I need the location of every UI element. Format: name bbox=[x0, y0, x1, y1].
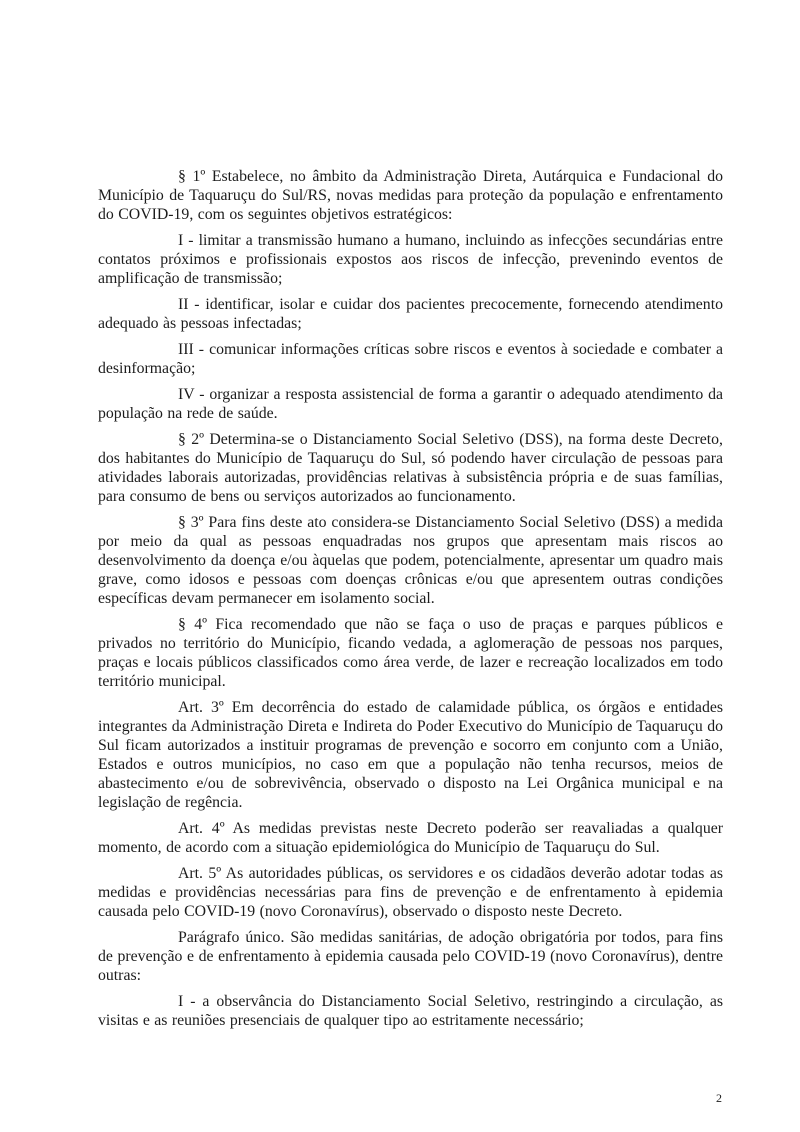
paragraph-item-i-sanitary: I - a observância do Distanciamento Soci… bbox=[98, 992, 723, 1030]
document-body: § 1º Estabelece, no âmbito da Administra… bbox=[98, 167, 723, 1037]
paragraph-sec-4: § 4º Fica recomendado que não se faça o … bbox=[98, 615, 723, 691]
paragraph-item-iii: III - comunicar informações críticas sob… bbox=[98, 340, 723, 378]
paragraph-sec-1: § 1º Estabelece, no âmbito da Administra… bbox=[98, 167, 723, 224]
paragraph-art-4: Art. 4º As medidas previstas neste Decre… bbox=[98, 819, 723, 857]
page-number: 2 bbox=[716, 1091, 722, 1105]
paragraph-sec-3: § 3º Para fins deste ato considera-se Di… bbox=[98, 513, 723, 608]
paragraph-item-i: I - limitar a transmissão humano a human… bbox=[98, 231, 723, 288]
paragraph-item-iv: IV - organizar a resposta assistencial d… bbox=[98, 385, 723, 423]
paragraph-art-3: Art. 3º Em decorrência do estado de cala… bbox=[98, 698, 723, 812]
paragraph-item-ii: II - identificar, isolar e cuidar dos pa… bbox=[98, 295, 723, 333]
paragraph-sole-paragraph: Parágrafo único. São medidas sanitárias,… bbox=[98, 928, 723, 985]
paragraph-sec-2: § 2º Determina-se o Distanciamento Socia… bbox=[98, 430, 723, 506]
paragraph-art-5: Art. 5º As autoridades públicas, os serv… bbox=[98, 864, 723, 921]
document-page: § 1º Estabelece, no âmbito da Administra… bbox=[0, 0, 800, 1132]
